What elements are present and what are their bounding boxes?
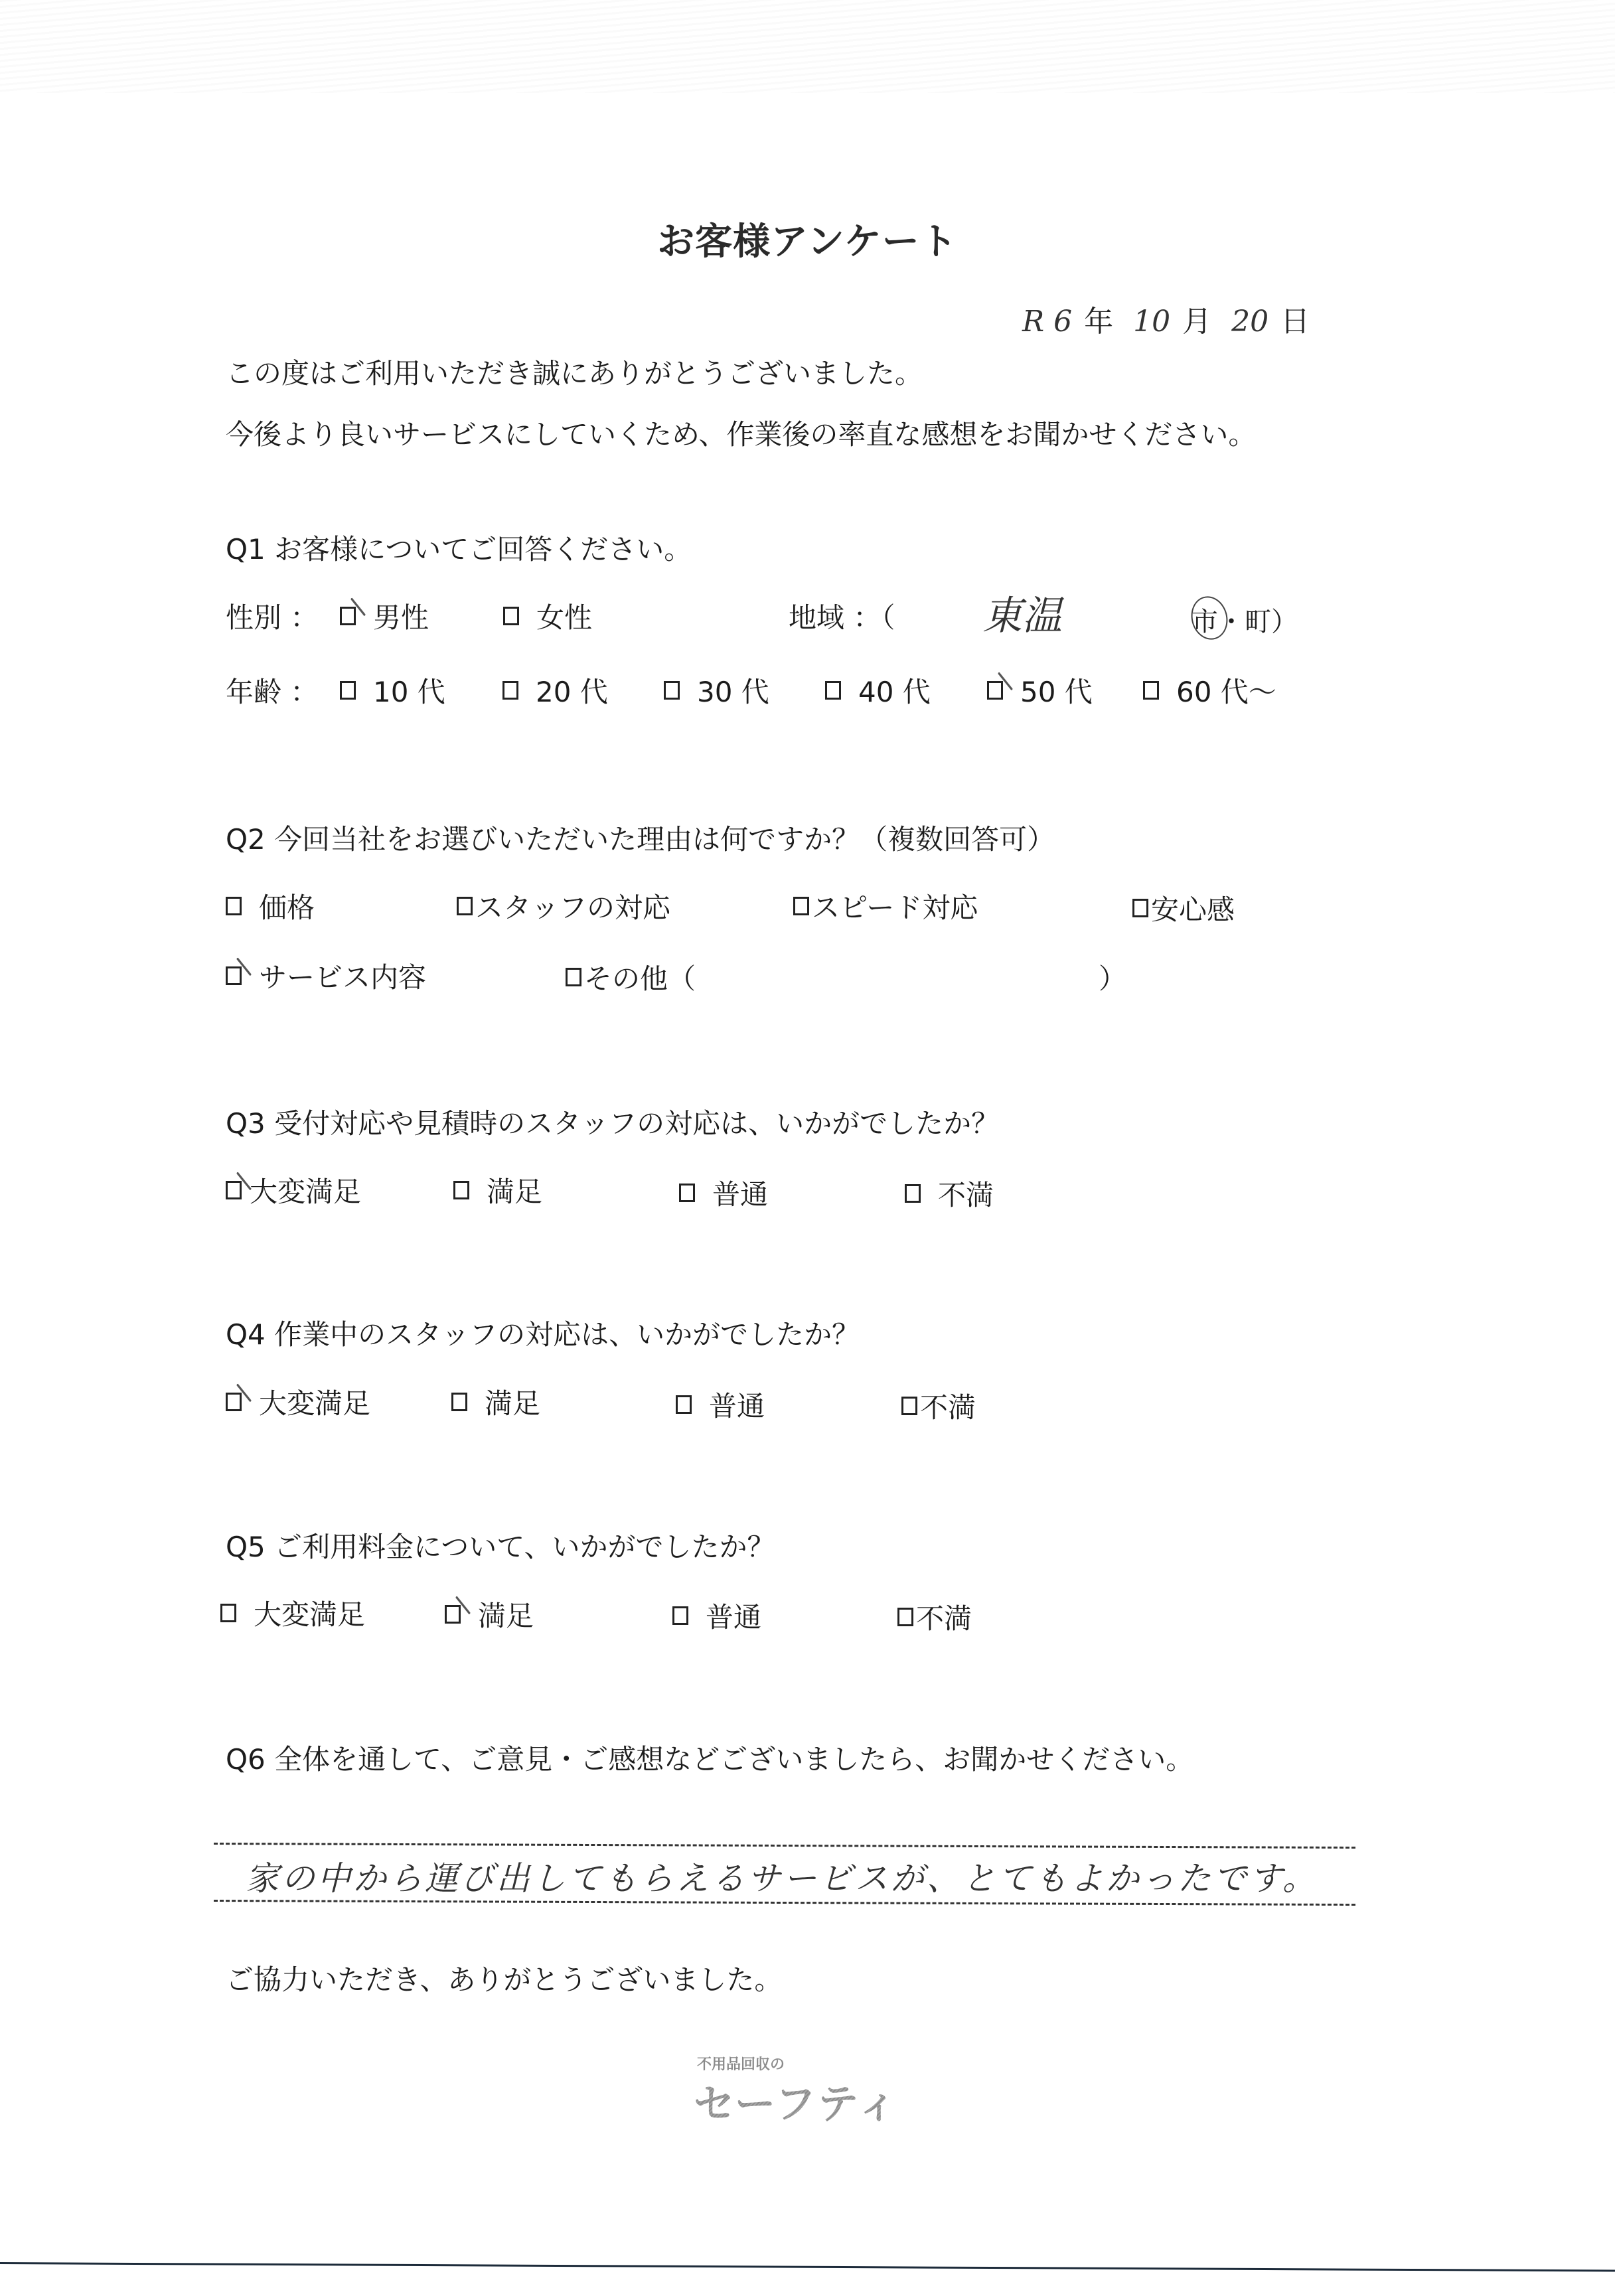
checkbox-checked-icon[interactable] [340,607,356,625]
option-label: 不満 [938,1174,994,1213]
age-option-60s-plus[interactable]: 60 代〜 [1143,670,1276,710]
q4-option-satisfied[interactable]: 満足 [451,1382,540,1422]
checkbox-icon[interactable] [897,1608,913,1626]
option-label: 大変満足 [259,1382,370,1422]
q5-option-average[interactable]: 普通 [672,1596,761,1636]
gender-option-female[interactable]: 女性 [503,596,592,636]
reason-option-staff[interactable]: スタッフの対応 [457,886,670,926]
checkbox-icon[interactable] [664,681,680,700]
reason-option-service[interactable]: サービス内容 [226,956,426,996]
q5-option-very-satisfied[interactable]: 大変満足 [220,1593,365,1633]
checkbox-icon[interactable] [905,1184,921,1203]
reason-option-speed[interactable]: スピード対応 [793,886,978,926]
option-label: 普通 [709,1385,765,1424]
suffix-town: 町） [1245,607,1298,637]
page-edge-line [0,2262,1615,2271]
date-month: 10 [1133,305,1170,339]
scan-artifact [0,0,1615,93]
option-label: 30 代 [697,670,769,710]
checkbox-checked-icon[interactable] [987,681,1003,700]
answer-line-top [214,1843,1355,1849]
option-label: 満足 [485,1382,540,1422]
checkbox-icon[interactable] [457,897,473,915]
option-label: 女性 [536,596,592,636]
checkbox-icon[interactable] [220,1604,236,1622]
option-label: 安心感 [1151,888,1235,928]
q3-option-very-satisfied[interactable]: 大変満足 [226,1170,361,1210]
closing-message: ご協力いただき、ありがとうございました。 [226,1958,782,1998]
q3-title: Q3 受付対応や見積時のスタッフの対応は、いかがでしたか？ [226,1102,999,1142]
option-label: 10 代 [373,670,445,710]
option-label: 価格 [259,886,315,926]
option-label: 40 代 [858,670,931,710]
checkbox-icon[interactable] [340,681,356,700]
date-era-year: R 6 [1022,305,1072,339]
age-option-40s[interactable]: 40 代 [825,670,931,710]
q6-title: Q6 全体を通して、ご意見・ご感想などございましたら、お聞かせください。 [226,1738,1193,1778]
age-option-10s[interactable]: 10 代 [340,670,445,710]
checkbox-checked-icon[interactable] [445,1605,461,1624]
option-label: 20 代 [536,670,608,710]
q3-option-average[interactable]: 普通 [679,1173,768,1213]
date-year-unit: 年 [1084,305,1113,339]
gender-label: 性別 ： [226,596,318,636]
checkbox-checked-icon[interactable] [226,1393,242,1411]
checkbox-icon[interactable] [793,897,809,915]
checkbox-icon[interactable] [1132,899,1148,917]
q3-option-satisfied[interactable]: 満足 [453,1170,542,1210]
logo-brand: セーフティ [694,2071,899,2130]
q3-option-dissatisfied[interactable]: 不満 [905,1174,994,1213]
reason-option-price[interactable]: 価格 [226,886,315,926]
q4-title: Q4 作業中のスタッフの対応は、いかがでしたか？ [226,1313,860,1353]
option-label: 大変満足 [250,1170,361,1210]
age-option-50s[interactable]: 50 代 [987,670,1093,710]
checkbox-icon[interactable] [451,1393,467,1411]
option-label: サービス内容 [259,956,426,996]
date-month-unit: 月 [1182,305,1211,339]
option-label: 60 代〜 [1176,670,1276,710]
other-reason-input[interactable] [571,957,1102,990]
checkbox-icon[interactable] [502,681,518,700]
option-label: 50 代 [1020,670,1093,710]
option-label: 大変満足 [254,1593,365,1633]
intro-line-2: 今後より良いサービスにしていくため、作業後の率直な感想をお聞かせください。 [226,413,1256,453]
q4-option-dissatisfied[interactable]: 不満 [901,1386,976,1426]
region-value[interactable]: 東温 [982,584,1062,641]
reason-option-reassurance[interactable]: 安心感 [1132,888,1235,928]
q2-title: Q2 今回当社をお選びいただいた理由は何ですか？（複数回答可） [226,818,1055,858]
age-option-20s[interactable]: 20 代 [502,670,608,710]
age-option-30s[interactable]: 30 代 [664,670,769,710]
q5-title: Q5 ご利用料金について、いかがでしたか？ [226,1525,775,1565]
option-label: 満足 [478,1594,534,1634]
q4-option-average[interactable]: 普通 [676,1385,765,1424]
checkbox-icon[interactable] [672,1606,688,1625]
intro-line-1: この度はご利用いただき誠にありがとうございました。 [226,352,923,392]
date-day-unit: 日 [1280,305,1310,339]
checkbox-icon[interactable] [1143,681,1159,700]
option-label: スタッフの対応 [475,886,670,926]
q5-option-satisfied[interactable]: 満足 [445,1594,534,1634]
q6-answer-text[interactable]: 家の中から運び出してもらえるサービスが、とてもよかったです。 [246,1852,1318,1900]
checkbox-icon[interactable] [453,1181,469,1199]
option-label: 普通 [712,1173,768,1213]
region-label: 地域 ：（ [789,596,895,636]
checkbox-checked-icon[interactable] [226,966,242,985]
survey-date: R 6年10月20日 [1022,297,1330,340]
checkbox-checked-icon[interactable] [226,1181,242,1199]
survey-title: お客様アンケート [0,212,1615,266]
checkbox-icon[interactable] [901,1397,917,1415]
option-label: 不満 [916,1597,972,1637]
q4-option-very-satisfied[interactable]: 大変満足 [226,1382,370,1422]
checkbox-icon[interactable] [825,681,841,700]
option-label: 普通 [706,1596,761,1636]
age-label: 年齢 ： [226,670,318,710]
gender-option-male[interactable]: 男性 [340,596,429,636]
q1-title: Q1 お客様についてご回答ください。 [226,528,692,568]
option-label: 男性 [373,596,429,636]
checkbox-icon[interactable] [679,1184,695,1202]
other-close-paren: ） [1099,957,1126,997]
date-day: 20 [1231,305,1269,339]
q5-option-dissatisfied[interactable]: 不満 [897,1597,972,1637]
checkbox-icon[interactable] [676,1395,692,1414]
option-label: スピード対応 [812,886,978,926]
answer-line-bottom [214,1900,1355,1906]
checkbox-icon[interactable] [226,897,242,915]
option-label: 満足 [487,1170,542,1210]
checkbox-icon[interactable] [503,607,519,625]
option-label: 不満 [920,1386,976,1426]
